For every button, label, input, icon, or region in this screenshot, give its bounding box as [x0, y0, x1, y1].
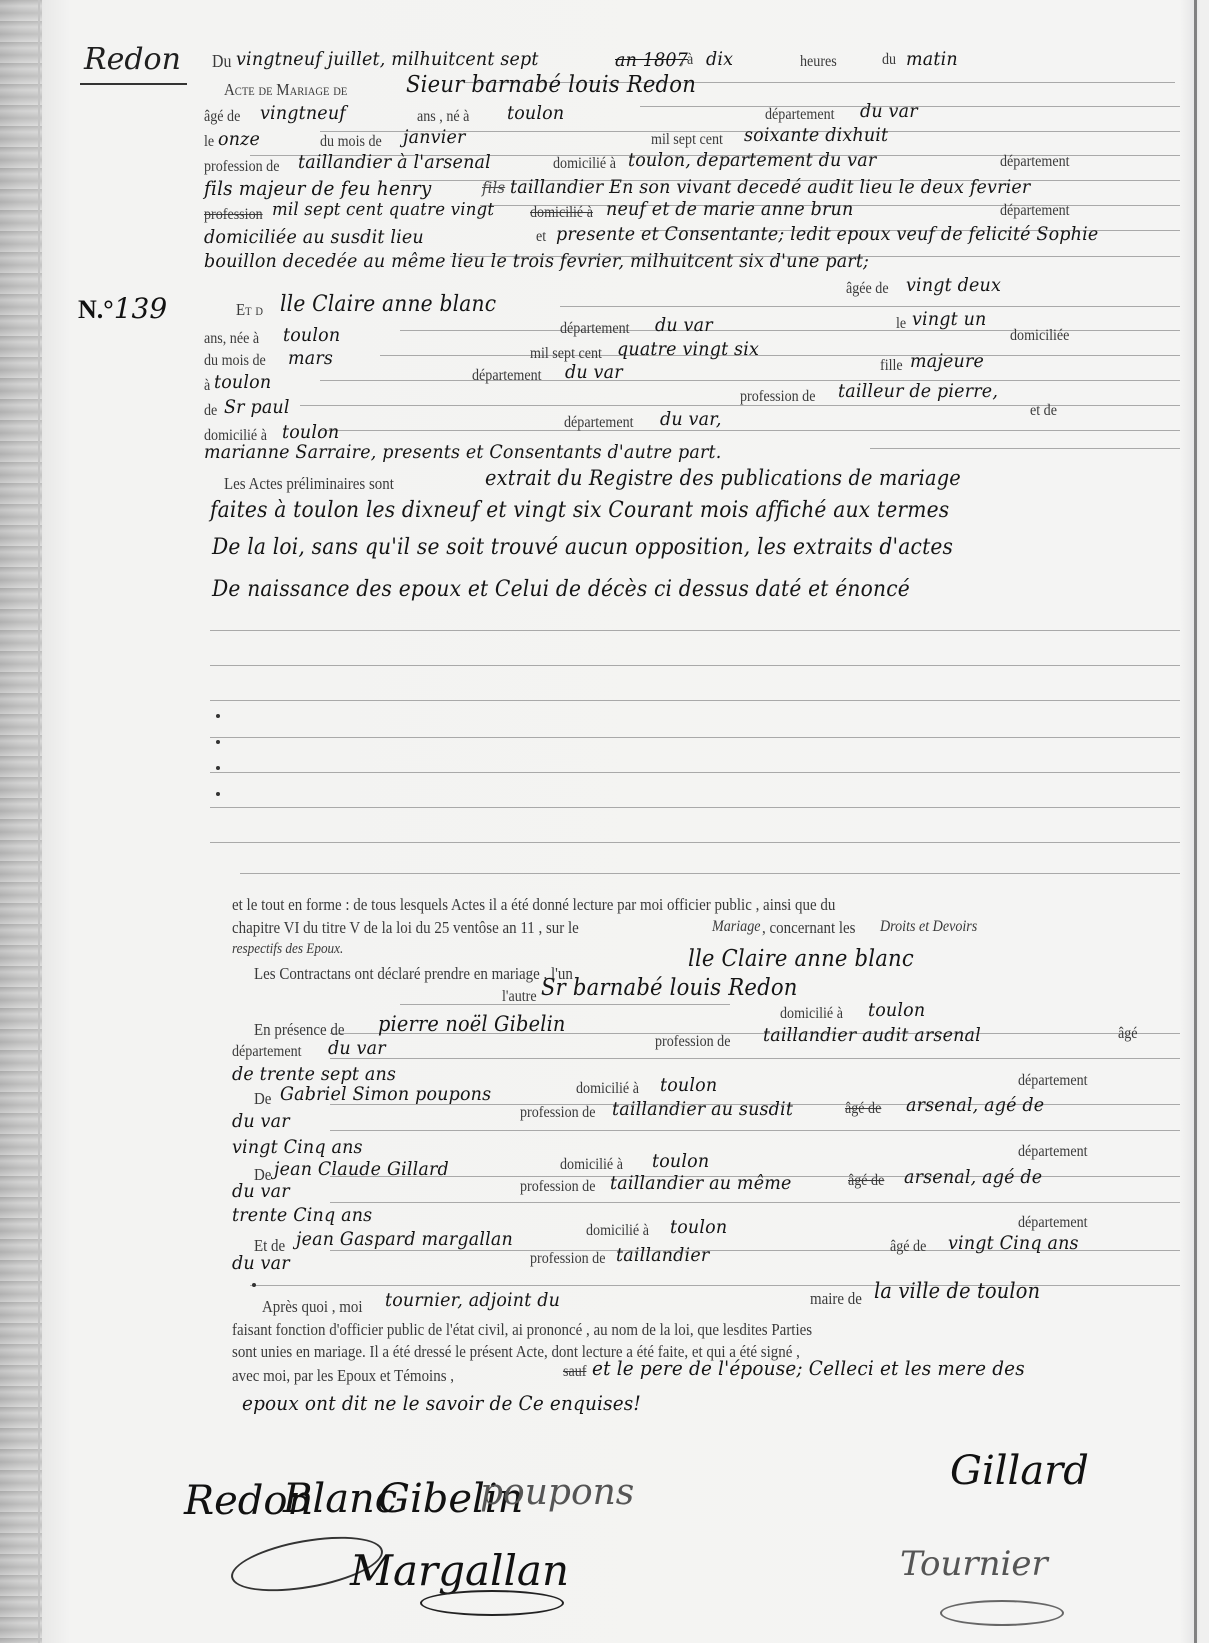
ruled-line: [330, 1058, 1180, 1059]
ruled-line: [330, 1202, 1180, 1203]
ruled-line: [250, 1285, 1180, 1286]
binding-edge: [0, 0, 42, 1643]
ruled-line: [400, 1004, 730, 1005]
entry-number-prefix: N.°: [78, 295, 114, 324]
ruled-line: [210, 700, 1180, 701]
ruled-line: [560, 306, 1180, 307]
entry-number-value: 139: [114, 292, 167, 325]
ruled-line: [320, 430, 1180, 431]
ink-dot: [252, 1283, 256, 1287]
signature-flourish: [420, 1590, 564, 1616]
ruled-line: [380, 355, 1180, 356]
register-page: Redon N.°139 Du vingtneuf juillet, milhu…: [0, 0, 1209, 1643]
ink-dot: [216, 766, 220, 770]
ruled-line: [240, 873, 1180, 874]
signature-gillard: Gillard: [950, 1448, 1089, 1494]
ruled-line: [210, 807, 1180, 808]
page-right-border: [1194, 0, 1197, 1643]
binding-line: [38, 0, 40, 1643]
entry-number: N.°139: [78, 292, 167, 325]
ruled-line: [210, 772, 1180, 773]
signature-poupons: poupons: [480, 1472, 634, 1513]
ink-dot: [216, 714, 220, 718]
ruled-line: [210, 665, 1180, 666]
ruled-line: [210, 737, 1180, 738]
ink-dot: [216, 740, 220, 744]
ruled-line: [330, 1130, 1180, 1131]
signature-margallan: Margallan: [350, 1546, 569, 1595]
ruled-line: [320, 380, 1180, 381]
ruled-line: [210, 630, 1180, 631]
signature-flourish: [940, 1600, 1064, 1626]
signature-tournier: Tournier: [900, 1544, 1048, 1584]
ink-dot: [216, 792, 220, 796]
ruled-line: [210, 842, 1180, 843]
ruled-line: [870, 448, 1180, 449]
margin-surname: Redon: [80, 42, 187, 85]
